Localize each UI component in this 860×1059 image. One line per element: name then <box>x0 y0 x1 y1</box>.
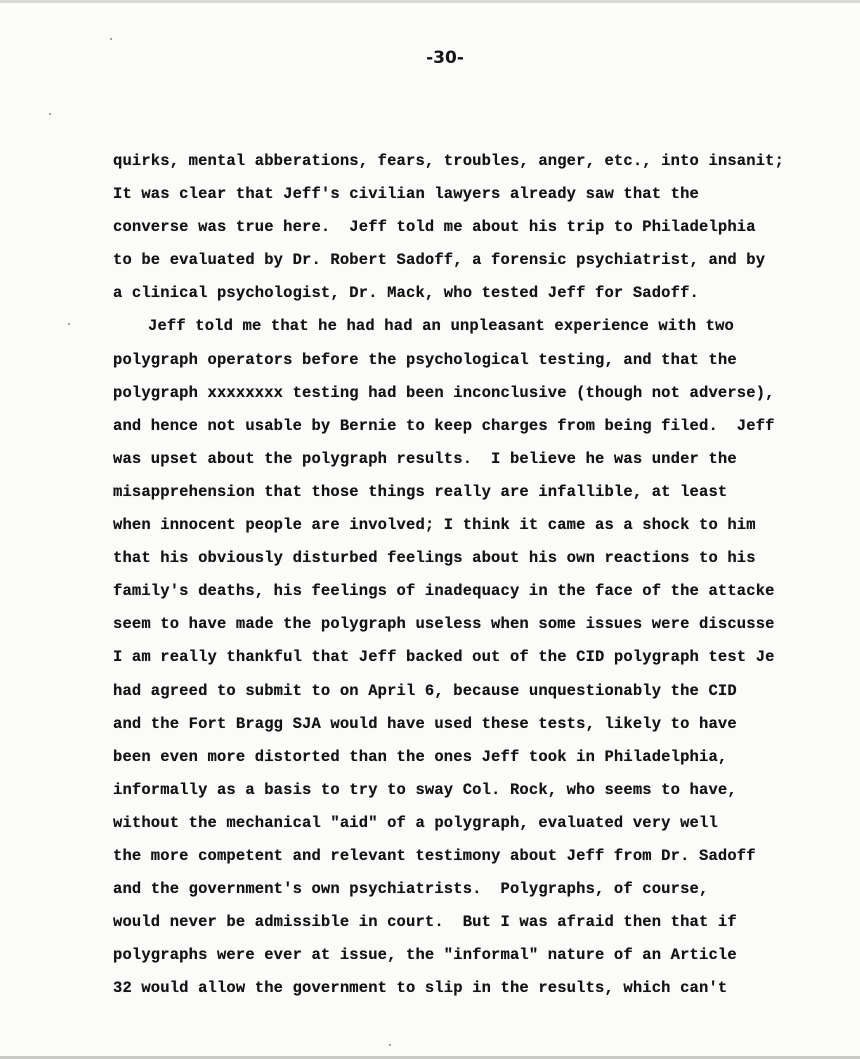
scan-speck <box>389 1044 391 1046</box>
text-line: was upset about the polygraph results. I… <box>113 448 860 481</box>
text-line: 32 would allow the government to slip in… <box>113 977 860 1010</box>
text-line: without the mechanical "aid" of a polygr… <box>113 812 860 845</box>
text-line: polygraph xxxxxxxx testing had been inco… <box>113 382 860 415</box>
text-line: Jeff told me that he had had an unpleasa… <box>113 315 860 348</box>
text-line: family's deaths, his feelings of inadequ… <box>113 580 860 613</box>
text-line: I am really thankful that Jeff backed ou… <box>113 646 860 679</box>
text-line: misapprehension that those things really… <box>113 481 860 514</box>
text-line: had agreed to submit to on April 6, beca… <box>113 680 860 713</box>
text-line: polygraph operators before the psycholog… <box>113 349 860 382</box>
text-line: when innocent people are involved; I thi… <box>113 514 860 547</box>
page-number: -30- <box>0 48 860 68</box>
text-line: informally as a basis to try to sway Col… <box>113 779 860 812</box>
text-line: converse was true here. Jeff told me abo… <box>113 216 860 249</box>
text-line: that his obviously disturbed feelings ab… <box>113 547 860 580</box>
document-body: quirks, mental abberations, fears, troub… <box>113 150 860 1010</box>
scan-speck <box>110 38 112 40</box>
text-line: It was clear that Jeff's civilian lawyer… <box>113 183 860 216</box>
text-line: and hence not usable by Bernie to keep c… <box>113 415 860 448</box>
scan-speck <box>49 113 51 115</box>
scan-speck <box>68 323 70 325</box>
scan-top-edge <box>0 0 860 3</box>
text-line: a clinical psychologist, Dr. Mack, who t… <box>113 282 860 315</box>
text-line: the more competent and relevant testimon… <box>113 845 860 878</box>
text-line: quirks, mental abberations, fears, troub… <box>113 150 860 183</box>
text-line: and the government's own psychiatrists. … <box>113 878 860 911</box>
text-line: polygraphs were ever at issue, the "info… <box>113 944 860 977</box>
text-line: to be evaluated by Dr. Robert Sadoff, a … <box>113 249 860 282</box>
text-line: seem to have made the polygraph useless … <box>113 613 860 646</box>
text-line: been even more distorted than the ones J… <box>113 746 860 779</box>
text-line: and the Fort Bragg SJA would have used t… <box>113 713 860 746</box>
text-line: would never be admissible in court. But … <box>113 911 860 944</box>
